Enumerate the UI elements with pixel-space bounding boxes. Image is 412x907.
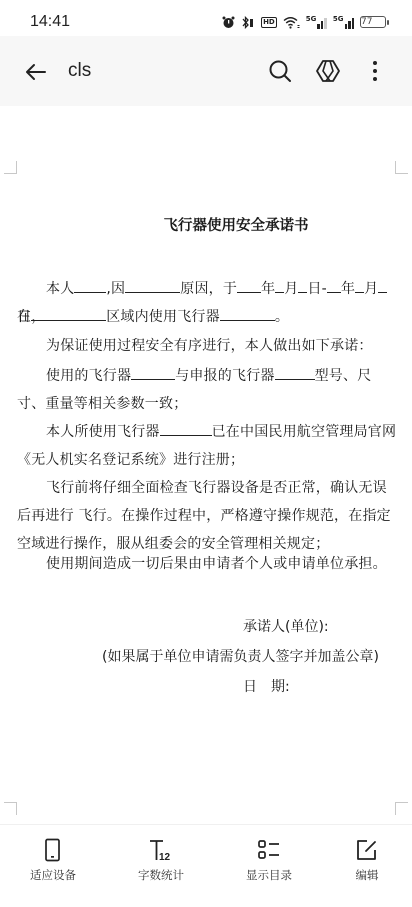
more-vertical-icon bbox=[362, 58, 388, 84]
arrow-left-icon bbox=[24, 60, 48, 84]
alarm-icon bbox=[222, 16, 235, 29]
more-options-button[interactable] bbox=[362, 58, 388, 84]
edit-label: 编辑 bbox=[322, 867, 412, 883]
edit-button[interactable]: 编辑 bbox=[322, 837, 412, 883]
search-icon bbox=[267, 58, 293, 84]
paragraph-inspection: 飞行前将仔细全面检查飞行器设备是否正常，确认无误后再进行 飞行。在操作过程中，严… bbox=[17, 474, 397, 558]
page-corner-mark bbox=[395, 802, 408, 815]
hd-icon: HD bbox=[261, 17, 277, 28]
fit-device-button[interactable]: 适应设备 bbox=[8, 837, 98, 883]
status-icons: HD 5G 5G 77 bbox=[222, 14, 386, 30]
word-count-button[interactable]: 12 字数统计 bbox=[116, 837, 206, 883]
signer-label: 承诺人(单位): bbox=[243, 616, 329, 636]
search-button[interactable] bbox=[267, 58, 293, 84]
word-count-icon: 12 bbox=[149, 838, 173, 862]
battery-icon: 77 bbox=[360, 16, 386, 28]
doc-heading: 飞行器使用安全承诺书 bbox=[0, 214, 412, 235]
paragraph-model-match: 使用的飞行器与申报的飞行器型号、尺寸、重量等相关参数一致； bbox=[17, 362, 397, 418]
bottom-toolbar: 适应设备 12 字数统计 显示目录 编辑 bbox=[0, 824, 412, 907]
document-title-bar: cls bbox=[68, 60, 91, 82]
word-count-label: 字数统计 bbox=[116, 867, 206, 883]
5g-signal-icon: 5G bbox=[306, 15, 327, 29]
fit-device-icon bbox=[44, 838, 62, 862]
svg-text:12: 12 bbox=[159, 852, 171, 862]
page-corner-mark bbox=[395, 161, 408, 174]
edit-icon bbox=[355, 838, 379, 862]
show-toc-label: 显示目录 bbox=[224, 867, 314, 883]
page-corner-mark bbox=[4, 161, 17, 174]
app-bar: cls bbox=[0, 36, 412, 106]
status-bar: 14:41 HD 5G 5G 77 bbox=[0, 0, 412, 36]
document-page[interactable]: 飞行器使用安全承诺书 本人,因原因，于年月日-年月日， 在区域内使用飞行器。 为… bbox=[0, 106, 412, 824]
wifi-icon bbox=[283, 16, 300, 29]
ai-assistant-icon bbox=[315, 58, 341, 84]
fit-device-label: 适应设备 bbox=[8, 867, 98, 883]
show-toc-button[interactable]: 显示目录 bbox=[224, 837, 314, 883]
paragraph-liability: 使用期间造成一切后果由申请者个人或申请单位承担。 bbox=[17, 550, 397, 578]
back-button[interactable] bbox=[24, 60, 48, 84]
signer-note: (如果属于单位申请需负责人签字并加盖公章) bbox=[102, 646, 379, 666]
bluetooth-icon bbox=[241, 16, 255, 29]
paragraph-intro: 为保证使用过程安全有序进行，本人做出如下承诺： bbox=[17, 332, 397, 360]
paragraph-declaration-cont: 在区域内使用飞行器。 bbox=[17, 303, 397, 331]
ai-assistant-button[interactable] bbox=[315, 58, 341, 84]
page-corner-mark bbox=[4, 802, 17, 815]
table-of-contents-icon bbox=[257, 838, 281, 862]
paragraph-registration: 本人所使用飞行器已在中国民用航空管理局官网《无人机实名登记系统》进行注册； bbox=[17, 418, 397, 474]
status-time: 14:41 bbox=[30, 13, 70, 31]
date-label: 日 期: bbox=[243, 676, 290, 696]
5g-signal-icon: 5G bbox=[333, 15, 354, 29]
